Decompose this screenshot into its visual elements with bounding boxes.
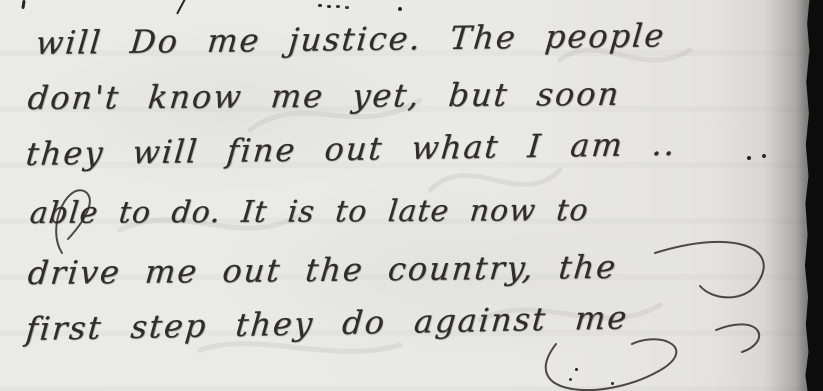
ink-stroke-top bbox=[176, 0, 186, 14]
handwritten-line-4: able to do. It is to late now to bbox=[28, 193, 590, 231]
manuscript-page: will Do me justice. The people don't kno… bbox=[0, 0, 823, 391]
page-edge-shadow bbox=[763, 0, 809, 391]
handwritten-line-5: drive me out the country, the bbox=[26, 248, 619, 292]
handwritten-line-3: they will fine out what I am .. bbox=[24, 125, 678, 173]
ink-dot-right-margin bbox=[747, 156, 751, 160]
ink-dot-bottom bbox=[575, 368, 578, 371]
ink-speck-top-left bbox=[21, 0, 25, 9]
handwritten-line-1: will Do me justice. The people bbox=[34, 16, 667, 62]
handwritten-line-2: don't know me yet, but soon bbox=[26, 75, 622, 117]
handwritten-line-6: first step they do against me bbox=[24, 298, 630, 348]
ink-dot-row-top bbox=[318, 4, 322, 7]
ink-dot-top bbox=[398, 7, 402, 11]
